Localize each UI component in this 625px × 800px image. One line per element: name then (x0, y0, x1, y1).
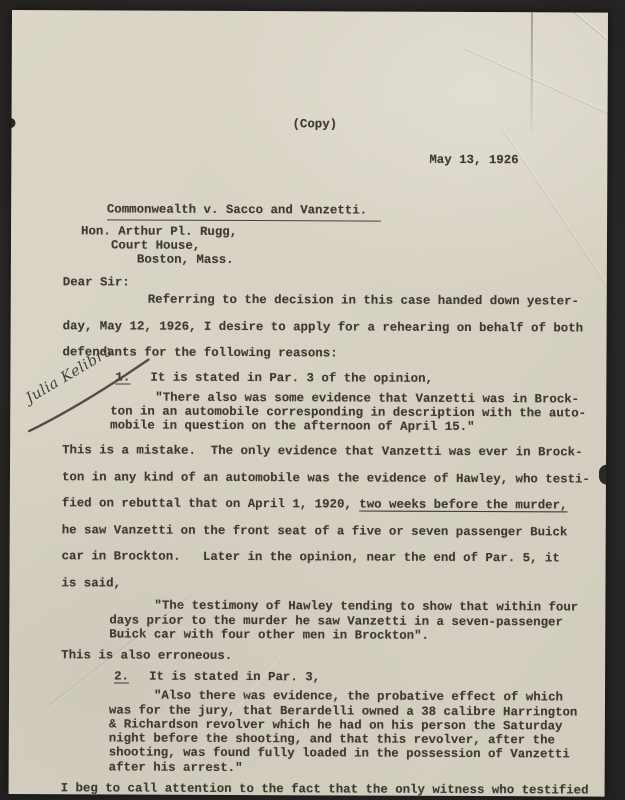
para-block: Referring to the decision in this case h… (62, 286, 607, 368)
typed-line: he saw Vanzetti on the front seat of a f… (62, 517, 607, 546)
case-title-text: Commonwealth v. Sacco and Vanzetti. (107, 202, 381, 221)
typed-line: day, May 12, 1926, I desire to apply for… (63, 313, 608, 342)
address-line: Boston, Mass. (81, 253, 237, 267)
item-text: It is stated in Par. 3, (149, 670, 320, 685)
recipient-address: Hon. Arthur Pl. Rugg,Court House,Boston,… (81, 225, 237, 267)
quote-block: "The testimony of Hawley tending to show… (109, 599, 606, 644)
typed-line: This is also erroneous. (61, 648, 606, 666)
letter-page: (Copy) May 13, 1926 Commonwealth v. Sacc… (9, 10, 608, 797)
para-block: This is a mistake. The only evidence tha… (61, 438, 607, 599)
torn-edge-notch (599, 465, 607, 485)
address-line: Hon. Arthur Pl. Rugg, (81, 225, 237, 239)
letter-body: Referring to the decision in this case h… (61, 286, 608, 796)
typed-line: defendants for the following reasons: (62, 339, 607, 368)
typed-line: Buick car with four other men in Brockto… (109, 627, 606, 643)
item-number: 2. (114, 670, 129, 685)
typed-line: mobile in question on the afternoon of A… (110, 419, 607, 435)
crease-line (465, 47, 608, 118)
item-block: 2.It is stated in Par. 3, (61, 670, 606, 687)
para-block: I beg to call attention to the fact that… (61, 780, 606, 796)
torn-edge-nick (10, 118, 15, 128)
quote-block: "Also there was evidence, the probative … (109, 689, 606, 777)
crease-line (530, 12, 532, 130)
typed-line: ton in any kind of an automobile was the… (62, 464, 607, 493)
underlined-phrase: two weeks before the murder, (359, 498, 567, 513)
typed-line: "Also there was evidence, the probative … (109, 689, 606, 705)
typed-line: fied on rebuttal that on April 1, 1920, … (62, 491, 607, 520)
typed-line: is said, (61, 570, 606, 599)
typed-line: Referring to the decision in this case h… (63, 286, 608, 315)
typed-line: car in Brockton. Later in the opinion, n… (62, 544, 607, 573)
date-line: May 13, 1926 (429, 153, 518, 167)
item-block: 1.It is stated in Par. 3 of the opinion, (62, 370, 607, 387)
item-text: It is stated in Par. 3 of the opinion, (150, 370, 433, 385)
para-block: This is also erroneous. (61, 648, 606, 666)
item-number: 1. (115, 370, 130, 385)
line-segment: fied on rebuttal that on April 1, 1920, (62, 497, 359, 512)
address-line: Court House, (81, 239, 237, 253)
typed-line: This is a mistake. The only evidence tha… (62, 438, 607, 467)
crease-line (559, 10, 608, 60)
quote-block: "There also was some evidence that Vanze… (110, 390, 607, 435)
typed-line: I beg to call attention to the fact that… (61, 780, 606, 796)
typed-line: after his arrest." (109, 760, 606, 776)
copy-label: (Copy) (292, 117, 337, 131)
